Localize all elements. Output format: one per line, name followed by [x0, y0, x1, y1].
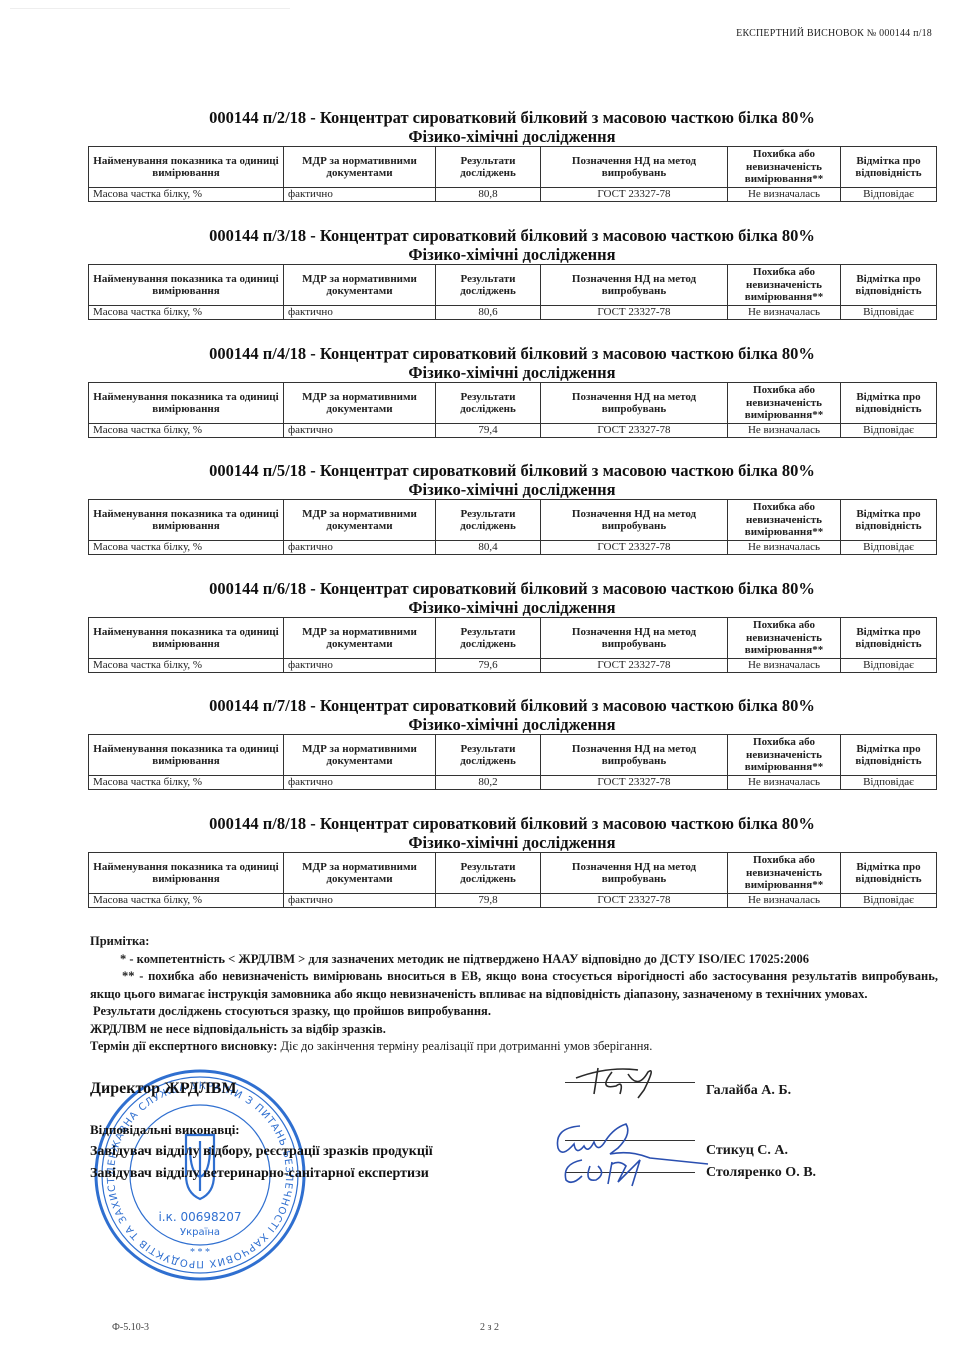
column-header: Найменування показника та одиниці вимірю…: [89, 735, 284, 776]
cell-method: ГОСТ 23327-78: [541, 424, 728, 438]
column-header: Результати досліджень: [436, 383, 541, 424]
results-table: Найменування показника та одиниці вимірю…: [88, 617, 937, 673]
column-header: Позначення НД на метод випробувань: [541, 265, 728, 306]
form-code: Ф-5.10-3: [112, 1322, 149, 1333]
cell-result: 80,6: [436, 306, 541, 320]
column-header: МДР за нормативними документами: [284, 147, 436, 188]
validity-label: Термін дії експертного висновку:: [90, 1039, 277, 1053]
column-header: Найменування показника та одиниці вимірю…: [89, 500, 284, 541]
result-section: 000144 п/7/18 - Концентрат сироватковий …: [88, 696, 936, 790]
column-header: Відмітка про відповідність: [841, 735, 937, 776]
column-header: Позначення НД на метод випробувань: [541, 500, 728, 541]
results-table: Найменування показника та одиниці вимірю…: [88, 382, 937, 438]
results-table: Найменування показника та одиниці вимірю…: [88, 499, 937, 555]
cell-uncertainty: Не визначалась: [728, 776, 841, 790]
cell-uncertainty: Не визначалась: [728, 424, 841, 438]
cell-method: ГОСТ 23327-78: [541, 188, 728, 202]
cell-uncertainty: Не визначалась: [728, 306, 841, 320]
column-header: Найменування показника та одиниці вимірю…: [89, 147, 284, 188]
column-header: Відмітка про відповідність: [841, 500, 937, 541]
table-header-row: Найменування показника та одиниці вимірю…: [89, 618, 937, 659]
table-header-row: Найменування показника та одиниці вимірю…: [89, 735, 937, 776]
column-header: Похибка або невизначеність вимірювання**: [728, 147, 841, 188]
result-section: 000144 п/6/18 - Концентрат сироватковий …: [88, 579, 936, 673]
result-section: 000144 п/8/18 - Концентрат сироватковий …: [88, 814, 936, 908]
cell-compliance: Відповідає: [841, 659, 937, 673]
cell-compliance: Відповідає: [841, 894, 937, 908]
stamp-country: Україна: [180, 1227, 220, 1238]
column-header: Похибка або невизначеність вимірювання**: [728, 618, 841, 659]
column-header: МДР за нормативними документами: [284, 265, 436, 306]
column-header: Відмітка про відповідність: [841, 147, 937, 188]
cell-method: ГОСТ 23327-78: [541, 894, 728, 908]
section-title: 000144 п/7/18 - Концентрат сироватковий …: [88, 696, 936, 715]
note-uncertainty: ** - похибка або невизначеність вимірюва…: [90, 968, 938, 1003]
column-header: Найменування показника та одиниці вимірю…: [89, 265, 284, 306]
column-header: Найменування показника та одиниці вимірю…: [89, 383, 284, 424]
column-header: Результати досліджень: [436, 735, 541, 776]
cell-method: ГОСТ 23327-78: [541, 541, 728, 555]
section-title: 000144 п/8/18 - Концентрат сироватковий …: [88, 814, 936, 833]
column-header: Похибка або невизначеність вимірювання**: [728, 500, 841, 541]
column-header: Позначення НД на метод випробувань: [541, 618, 728, 659]
column-header: Результати досліджень: [436, 853, 541, 894]
section-subtitle: Фізико-хімічні дослідження: [88, 245, 936, 264]
table-row: Масова частка білку, %фактично79,6ГОСТ 2…: [89, 659, 937, 673]
section-subtitle: Фізико-хімічні дослідження: [88, 833, 936, 852]
section-title: 000144 п/2/18 - Концентрат сироватковий …: [88, 108, 936, 127]
validity-value: Діє до закінчення терміну реалізації при…: [277, 1039, 652, 1053]
column-header: Результати досліджень: [436, 500, 541, 541]
cell-mdr: фактично: [284, 424, 436, 438]
cell-result: 80,4: [436, 541, 541, 555]
table-row: Масова частка білку, %фактично80,8ГОСТ 2…: [89, 188, 937, 202]
cell-mdr: фактично: [284, 306, 436, 320]
section-subtitle: Фізико-хімічні дослідження: [88, 480, 936, 499]
cell-indicator: Масова частка білку, %: [89, 424, 284, 438]
note-competence: * - компетентність < ЖРДЛВМ > для зазнач…: [90, 951, 940, 969]
cell-method: ГОСТ 23327-78: [541, 776, 728, 790]
section-title: 000144 п/4/18 - Концентрат сироватковий …: [88, 344, 936, 363]
cell-method: ГОСТ 23327-78: [541, 659, 728, 673]
cell-mdr: фактично: [284, 188, 436, 202]
executor2-title: Завідувач відділу ветеринарно-санітарної…: [90, 1166, 950, 1182]
results-table: Найменування показника та одиниці вимірю…: [88, 146, 937, 202]
cell-compliance: Відповідає: [841, 306, 937, 320]
table-header-row: Найменування показника та одиниці вимірю…: [89, 265, 937, 306]
section-subtitle: Фізико-хімічні дослідження: [88, 127, 936, 146]
column-header: Відмітка про відповідність: [841, 853, 937, 894]
table-header-row: Найменування показника та одиниці вимірю…: [89, 853, 937, 894]
column-header: МДР за нормативними документами: [284, 383, 436, 424]
table-row: Масова частка білку, %фактично80,4ГОСТ 2…: [89, 541, 937, 555]
section-title: 000144 п/5/18 - Концентрат сироватковий …: [88, 461, 936, 480]
cell-method: ГОСТ 23327-78: [541, 306, 728, 320]
column-header: Результати досліджень: [436, 265, 541, 306]
director-signature: [568, 1060, 688, 1100]
column-header: Позначення НД на метод випробувань: [541, 383, 728, 424]
table-row: Масова частка білку, %фактично80,2ГОСТ 2…: [89, 776, 937, 790]
cell-indicator: Масова частка білку, %: [89, 894, 284, 908]
cell-compliance: Відповідає: [841, 424, 937, 438]
cell-result: 80,8: [436, 188, 541, 202]
cell-mdr: фактично: [284, 776, 436, 790]
cell-uncertainty: Не визначалась: [728, 188, 841, 202]
column-header: Позначення НД на метод випробувань: [541, 853, 728, 894]
cell-uncertainty: Не визначалась: [728, 894, 841, 908]
column-header: Найменування показника та одиниці вимірю…: [89, 853, 284, 894]
executor2-name: Столяренко О. В.: [706, 1165, 816, 1181]
column-header: Відмітка про відповідність: [841, 265, 937, 306]
cell-mdr: фактично: [284, 659, 436, 673]
column-header: Похибка або невизначеність вимірювання**: [728, 265, 841, 306]
svg-text:* * *: * * *: [190, 1247, 210, 1258]
note-responsibility: ЖРДЛВМ не несе відповідальність за відбі…: [90, 1021, 940, 1039]
column-header: Похибка або невизначеність вимірювання**: [728, 383, 841, 424]
director-title: Директор ЖРДЛВМ: [90, 1080, 950, 1098]
note-validity: Термін дії експертного висновку: Діє до …: [90, 1038, 940, 1056]
section-title: 000144 п/3/18 - Концентрат сироватковий …: [88, 226, 936, 245]
section-subtitle: Фізико-хімічні дослідження: [88, 363, 936, 382]
cell-indicator: Масова частка білку, %: [89, 188, 284, 202]
executors-label: Відповідальні виконавці:: [90, 1122, 950, 1138]
section-title: 000144 п/6/18 - Концентрат сироватковий …: [88, 579, 936, 598]
table-header-row: Найменування показника та одиниці вимірю…: [89, 383, 937, 424]
cell-uncertainty: Не визначалась: [728, 659, 841, 673]
cell-indicator: Масова частка білку, %: [89, 306, 284, 320]
table-row: Масова частка білку, %фактично79,4ГОСТ 2…: [89, 424, 937, 438]
table-row: Масова частка білку, %фактично79,8ГОСТ 2…: [89, 894, 937, 908]
results-table: Найменування показника та одиниці вимірю…: [88, 264, 937, 320]
column-header: МДР за нормативними документами: [284, 853, 436, 894]
results-table: Найменування показника та одиниці вимірю…: [88, 852, 937, 908]
column-header: МДР за нормативними документами: [284, 500, 436, 541]
cell-mdr: фактично: [284, 541, 436, 555]
director-name: Галайба А. Б.: [706, 1083, 791, 1099]
stamp-code: і.к. 00698207: [158, 1210, 241, 1224]
cell-result: 80,2: [436, 776, 541, 790]
column-header: МДР за нормативними документами: [284, 618, 436, 659]
cell-result: 79,8: [436, 894, 541, 908]
column-header: Результати досліджень: [436, 618, 541, 659]
column-header: Відмітка про відповідність: [841, 618, 937, 659]
notes-block: Примітка: * - компетентність < ЖРДЛВМ > …: [90, 933, 940, 1056]
column-header: Похибка або невизначеність вимірювання**: [728, 853, 841, 894]
cell-uncertainty: Не визначалась: [728, 541, 841, 555]
result-section: 000144 п/2/18 - Концентрат сироватковий …: [88, 108, 936, 202]
cell-result: 79,6: [436, 659, 541, 673]
section-subtitle: Фізико-хімічні дослідження: [88, 598, 936, 617]
cell-indicator: Масова частка білку, %: [89, 776, 284, 790]
cell-result: 79,4: [436, 424, 541, 438]
cell-indicator: Масова частка білку, %: [89, 541, 284, 555]
column-header: Результати досліджень: [436, 147, 541, 188]
executor1-name: Стикуц С. А.: [706, 1143, 788, 1159]
column-header: Найменування показника та одиниці вимірю…: [89, 618, 284, 659]
executor1-title: Завідувач відділу відбору, реєстрації зр…: [90, 1144, 950, 1160]
column-header: Похибка або невизначеність вимірювання**: [728, 735, 841, 776]
result-section: 000144 п/3/18 - Концентрат сироватковий …: [88, 226, 936, 320]
note-results: Результати досліджень стосуються зразку,…: [90, 1003, 940, 1021]
cell-compliance: Відповідає: [841, 188, 937, 202]
cell-compliance: Відповідає: [841, 776, 937, 790]
notes-heading: Примітка:: [90, 933, 940, 951]
section-subtitle: Фізико-хімічні дослідження: [88, 715, 936, 734]
result-section: 000144 п/5/18 - Концентрат сироватковий …: [88, 461, 936, 555]
table-header-row: Найменування показника та одиниці вимірю…: [89, 500, 937, 541]
page-number: 2 з 2: [480, 1322, 499, 1333]
cell-mdr: фактично: [284, 894, 436, 908]
results-table: Найменування показника та одиниці вимірю…: [88, 734, 937, 790]
column-header: МДР за нормативними документами: [284, 735, 436, 776]
cell-compliance: Відповідає: [841, 541, 937, 555]
column-header: Позначення НД на метод випробувань: [541, 147, 728, 188]
table-row: Масова частка білку, %фактично80,6ГОСТ 2…: [89, 306, 937, 320]
cell-indicator: Масова частка білку, %: [89, 659, 284, 673]
column-header: Позначення НД на метод випробувань: [541, 735, 728, 776]
document-number-header: ЕКСПЕРТНИЙ ВИСНОВОК № 000144 п/18: [736, 28, 932, 39]
table-header-row: Найменування показника та одиниці вимірю…: [89, 147, 937, 188]
result-section: 000144 п/4/18 - Концентрат сироватковий …: [88, 344, 936, 438]
faint-bleed-through: [10, 8, 290, 49]
executor2-signature: [556, 1152, 666, 1188]
column-header: Відмітка про відповідність: [841, 383, 937, 424]
